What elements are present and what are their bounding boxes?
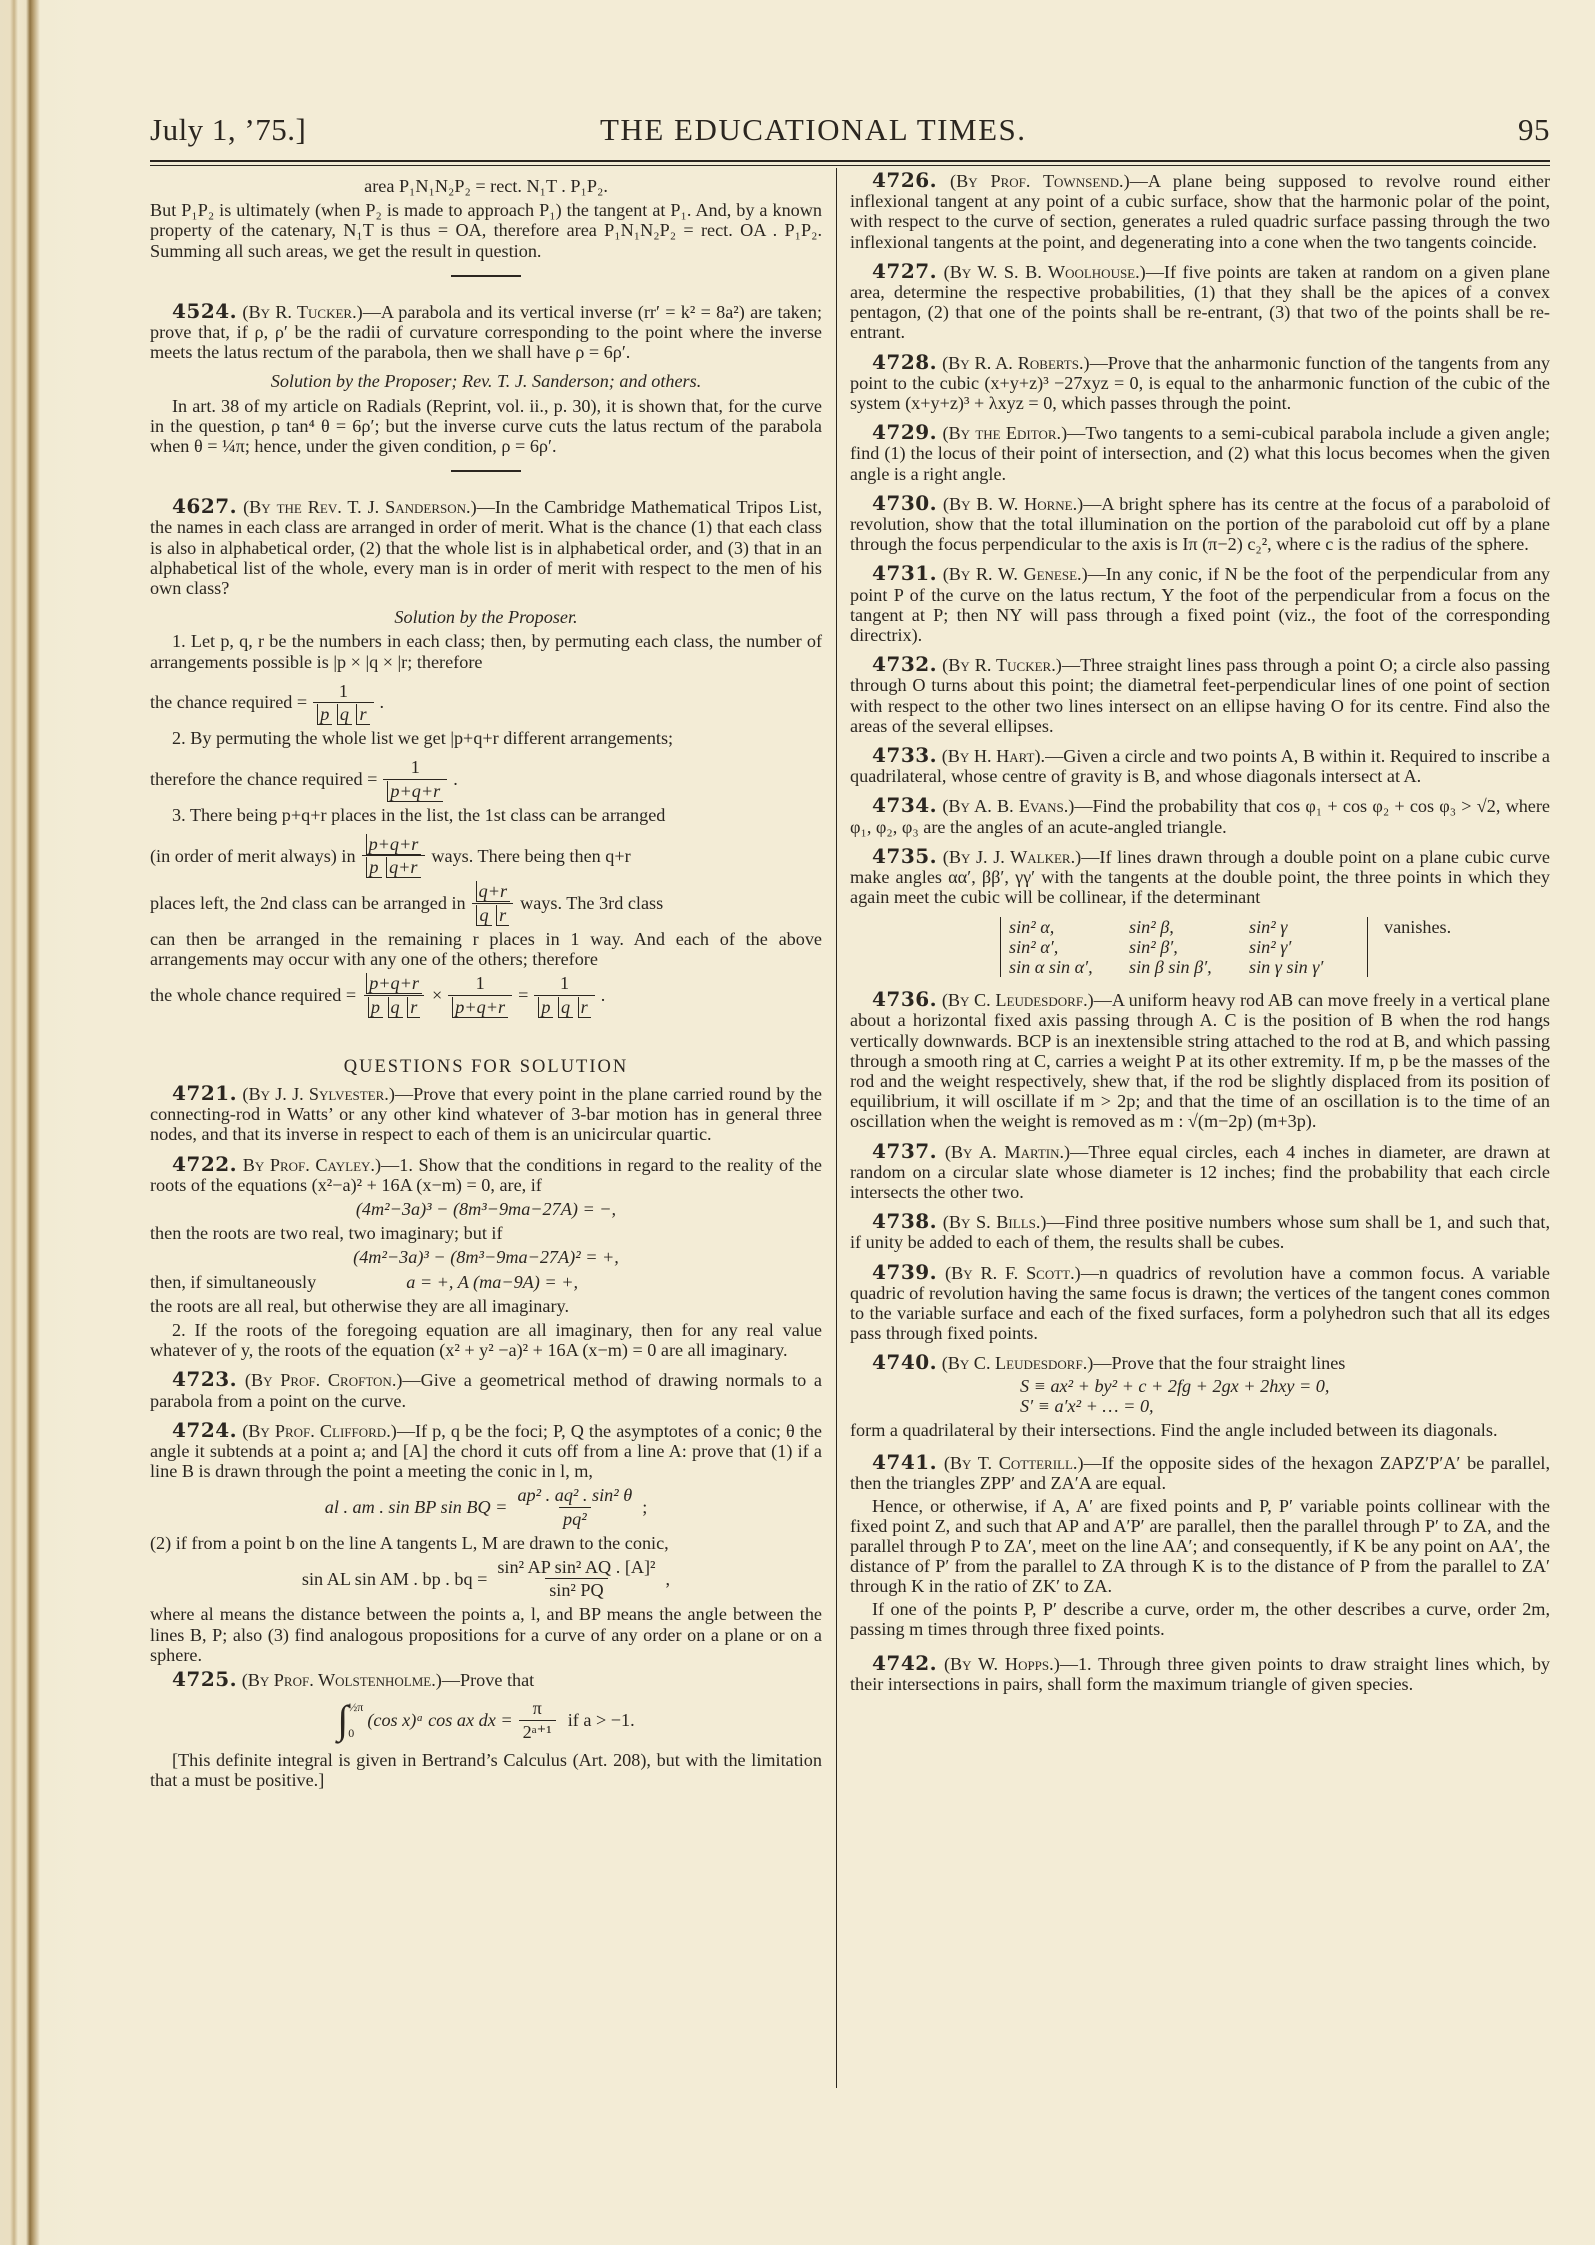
page-binding-edge (0, 0, 90, 2245)
determinant-suffix: vanishes. (1384, 917, 1451, 937)
question-author: (By S. Bills.) (943, 1212, 1047, 1232)
question-author: (By R. W. Genese.) (943, 564, 1088, 584)
fraction: 1p q r (313, 681, 373, 724)
question-author: (By A. B. Evans.) (942, 796, 1074, 816)
chance-label: therefore the chance required = (150, 769, 377, 789)
question-author: (By the Editor.) (942, 423, 1067, 443)
question-item: 4730. (By B. W. Horne.)—A bright sphere … (850, 493, 1550, 555)
equation: (4m²−3a)³ − (8m³−9ma−27A)² = +, (150, 1247, 822, 1267)
solution-text: In art. 38 of my article on Radials (Rep… (150, 396, 822, 457)
question-4524: 4524. (By R. Tucker.)—A parabola and its… (150, 301, 822, 456)
continuation-text: But P₁P₂ is ultimately (when P₂ is made … (150, 200, 822, 261)
section-rule (451, 470, 521, 472)
question-number: 4627. (172, 494, 237, 518)
question-item: 4729. (By the Editor.)—Two tangents to a… (850, 422, 1550, 484)
question-author: (By R. F. Scott.) (945, 1263, 1081, 1283)
right-column: 4726. (By Prof. Townsend.)—A plane being… (850, 170, 1550, 1703)
note: [This definite integral is given in Bert… (150, 1750, 822, 1790)
solution-heading: Solution by the Proposer. (150, 607, 822, 627)
question-author: (By W. S. B. Woolhouse.) (944, 262, 1146, 282)
question-author: (By H. Hart). (942, 746, 1045, 766)
solution-step-2: 2. By permuting the whole list we get |p… (150, 728, 822, 748)
question-number: 4722. (172, 1152, 237, 1176)
page-header: July 1, ’75.] THE EDUCATIONAL TIMES. 95 (150, 112, 1550, 152)
question-author: (By C. Leudesdorf.) (942, 1353, 1094, 1373)
determinant-cell: sin β sin β′, (1129, 957, 1249, 977)
question-number: 4738. (872, 1209, 937, 1233)
question-author: (By B. W. Horne.) (943, 494, 1083, 514)
question-list: 4726. (By Prof. Townsend.)—A plane being… (850, 170, 1550, 908)
fraction: 1p+q+r (383, 757, 447, 800)
fraction: ap² . aq² . sin² θpq² (513, 1485, 636, 1528)
question-4722: 4722. By Prof. Cayley.)—1. Show that the… (150, 1154, 822, 1361)
question-author: (By R. Tucker.) (242, 302, 362, 322)
question-number: 4524. (172, 299, 237, 323)
text: 2. If the roots of the foregoing equatio… (150, 1320, 822, 1360)
question-item: 4728. (By R. A. Roberts.)—Prove that the… (850, 352, 1550, 414)
equation-1: al . am . sin BP sin BQ = ap² . aq² . si… (150, 1485, 822, 1528)
solution-step-3: 3. There being p+q+r places in the list,… (150, 805, 822, 825)
question-item: 4735. (By J. J. Walker.)—If lines drawn … (850, 846, 1550, 908)
question-number: 4734. (872, 793, 937, 817)
question-item: 4734. (By A. B. Evans.)—Find the probabi… (850, 795, 1550, 836)
question-text: —Prove that the four straight lines (1093, 1353, 1345, 1373)
question-author: By Prof. Cayley.) (243, 1155, 381, 1175)
question-number: 4723. (172, 1367, 237, 1391)
column-divider (836, 168, 837, 2088)
question-number: 4741. (872, 1450, 937, 1474)
question-number: 4742. (872, 1651, 937, 1675)
question-list: 4736. (By C. Leudesdorf.)—A uniform heav… (850, 989, 1550, 1343)
integral-sign: ∫ (337, 1700, 348, 1740)
determinant-cell: sin² α′, (1009, 937, 1129, 957)
determinant-block: sin² α,sin² β,sin² γsin² α′,sin² β′,sin²… (1000, 917, 1550, 978)
question-author: (By Prof. Wolstenholme.) (242, 1670, 442, 1690)
determinant-cell: sin α sin α′, (1009, 957, 1129, 977)
question-number: 4737. (872, 1139, 937, 1163)
text: ways. The 3rd class (520, 893, 663, 913)
equation-lhs: al . am . sin BP sin BQ = (325, 1497, 508, 1517)
text: then, if simultaneously (150, 1272, 316, 1292)
question-item: 4733. (By H. Hart).—Given a circle and t… (850, 745, 1550, 786)
fraction: sin² AP sin² AQ . [A]²sin² PQ (493, 1557, 659, 1600)
continuation-equation: area P₁N₁N₂P₂ = rect. N₁T . P₁P₂. (150, 176, 822, 196)
step-3-text: can then be arranged in the remaining r … (150, 929, 822, 969)
left-column: area P₁N₁N₂P₂ = rect. N₁T . P₁P₂. But P₁… (150, 170, 822, 1800)
question-4740: 4740. (By C. Leudesdorf.)—Prove that the… (850, 1352, 1550, 1440)
question-author: (By R. A. Roberts.) (942, 353, 1090, 373)
determinant-cell: sin² γ′ (1249, 937, 1359, 957)
text: places left, the 2nd class can be arrang… (150, 893, 466, 913)
question-4725: 4725. (By Prof. Wolstenholme.)—Prove tha… (150, 1669, 822, 1791)
question-number: 4732. (872, 652, 937, 676)
question-number: 4733. (872, 743, 937, 767)
question-number: 4736. (872, 987, 937, 1011)
question-author: (By J. J. Walker.) (943, 847, 1081, 867)
question-number: 4726. (872, 168, 937, 192)
publication-title: THE EDUCATIONAL TIMES. (600, 112, 1027, 148)
question-number: 4735. (872, 844, 937, 868)
determinant: sin² α,sin² β,sin² γsin² α′,sin² β′,sin²… (1000, 917, 1368, 978)
fraction: p+q+rp q r (362, 973, 426, 1016)
question-number: 4731. (872, 561, 937, 585)
solution-step-1: 1. Let p, q, r be the numbers in each cl… (150, 631, 822, 671)
determinant-cell: sin² β, (1129, 917, 1249, 937)
question-item: 4731. (By R. W. Genese.)—In any conic, i… (850, 563, 1550, 645)
solution-step-1-expr: |p × |q × |r; therefore (333, 652, 482, 672)
integral-equation: ∫ ½π0 (cos x)ᵃ cos ax dx = π2ᵃ⁺¹ if a > … (150, 1694, 822, 1746)
question-author: (By Prof. Crofton.) (245, 1370, 403, 1390)
question-number: 4728. (872, 350, 937, 374)
page-number: 95 (1518, 112, 1550, 148)
issue-date: July 1, ’75.] (150, 112, 306, 148)
text: Hence, or otherwise, if A, A′ are fixed … (850, 1496, 1550, 1597)
question-number: 4725. (172, 1667, 237, 1691)
question-number: 4721. (172, 1081, 237, 1105)
text: the whole chance required = (150, 985, 356, 1005)
determinant-cell: sin² β′, (1129, 937, 1249, 957)
question-author: (By R. Tucker.) (942, 655, 1062, 675)
determinant-cell: sin² γ (1249, 917, 1359, 937)
whole-chance: the whole chance required = p+q+rp q r ×… (150, 973, 822, 1016)
text: ways. There being then q+r (431, 846, 630, 866)
text: If one of the points P, P′ describe a cu… (850, 1599, 1550, 1639)
text: form a quadrilateral by their intersecti… (850, 1420, 1550, 1440)
question-item: 4736. (By C. Leudesdorf.)—A uniform heav… (850, 989, 1550, 1131)
text: then the roots are two real, two imagina… (150, 1223, 822, 1243)
solution-heading: Solution by the Proposer; Rev. T. J. San… (150, 371, 822, 391)
question-item: 4726. (By Prof. Townsend.)—A plane being… (850, 170, 1550, 252)
equation-2: sin AL sin AM . bp . bq = sin² AP sin² A… (150, 1557, 822, 1600)
fraction: π2ᵃ⁺¹ (519, 1698, 556, 1741)
question-author: (By J. J. Sylvester.) (242, 1084, 395, 1104)
determinant-cell: sin γ sin γ′ (1249, 957, 1359, 977)
equation: a = +, A (ma−9A) = +, (406, 1272, 578, 1292)
question-text: —A uniform heavy rod AB can move freely … (850, 990, 1550, 1131)
question-author: (By T. Cotterill.) (944, 1453, 1084, 1473)
equation: S ≡ ax² + by² + c + 2fg + 2gx + 2hxy = 0… (1020, 1376, 1550, 1396)
fraction: 1p+q+r (448, 973, 512, 1016)
determinant-cell: sin² α, (1009, 917, 1129, 937)
chance-1: the chance required = 1p q r. (150, 681, 822, 724)
question-author: (By Prof. Townsend.) (950, 171, 1130, 191)
question-item: 4739. (By R. F. Scott.)—n quadrics of re… (850, 1262, 1550, 1344)
question-number: 4724. (172, 1418, 237, 1442)
text: the roots are all real, but otherwise th… (150, 1296, 822, 1316)
fraction: p+q+rp q+r (362, 834, 426, 877)
question-4627: 4627. (By the Rev. T. J. Sanderson.)—In … (150, 496, 822, 1016)
question-number: 4739. (872, 1260, 937, 1284)
chance-2: therefore the chance required = 1p+q+r. (150, 757, 822, 800)
question-item: 4732. (By R. Tucker.)—Three straight lin… (850, 654, 1550, 736)
header-rule (150, 160, 1550, 166)
question-author: (By W. Hopps.) (944, 1654, 1060, 1674)
equation: S′ ≡ a′x² + … = 0, (1020, 1396, 1550, 1416)
step-3-line-3: places left, the 2nd class can be arrang… (150, 881, 822, 924)
condition: if a > −1. (568, 1710, 635, 1730)
question-author: (By the Rev. T. J. Sanderson.) (243, 497, 477, 517)
equation-lhs: sin AL sin AM . bp . bq = (302, 1569, 487, 1589)
question-4741: 4741. (By T. Cotterill.)—If the opposite… (850, 1452, 1550, 1639)
equation: (4m²−3a)³ − (8m³−9ma−27A) = −, (150, 1199, 822, 1219)
chance-label: the chance required = (150, 692, 307, 712)
question-author: (By C. Leudesdorf.) (942, 990, 1094, 1010)
question-item: 4737. (By A. Martin.)—Three equal circle… (850, 1141, 1550, 1203)
question-author: (By Prof. Clifford.) (242, 1421, 397, 1441)
section-rule (451, 275, 521, 277)
question-item: 4727. (By W. S. B. Woolhouse.)—If five p… (850, 261, 1550, 343)
question-number: 4730. (872, 491, 937, 515)
question-item: 4738. (By S. Bills.)—Find three positive… (850, 1211, 1550, 1252)
question-author: (By A. Martin.) (945, 1142, 1070, 1162)
integrand: (cos x)ᵃ cos ax dx = (367, 1710, 512, 1730)
question-number: 4729. (872, 420, 937, 444)
section-heading: QUESTIONS FOR SOLUTION (150, 1057, 822, 1077)
text: where al means the distance between the … (150, 1604, 822, 1665)
text: (in order of merit always) in (150, 846, 356, 866)
question-text: —Prove that (442, 1670, 534, 1690)
question-4724: 4724. (By Prof. Clifford.)—If p, q be th… (150, 1420, 822, 1665)
question-number: 4727. (872, 259, 937, 283)
fraction: q+rq r (472, 881, 514, 924)
step-3-line-2: (in order of merit always) in p+q+rp q+r… (150, 834, 822, 877)
question-number: 4740. (872, 1350, 937, 1374)
fraction: 1p q r (534, 973, 594, 1016)
text: (2) if from a point b on the line A tang… (150, 1533, 822, 1553)
